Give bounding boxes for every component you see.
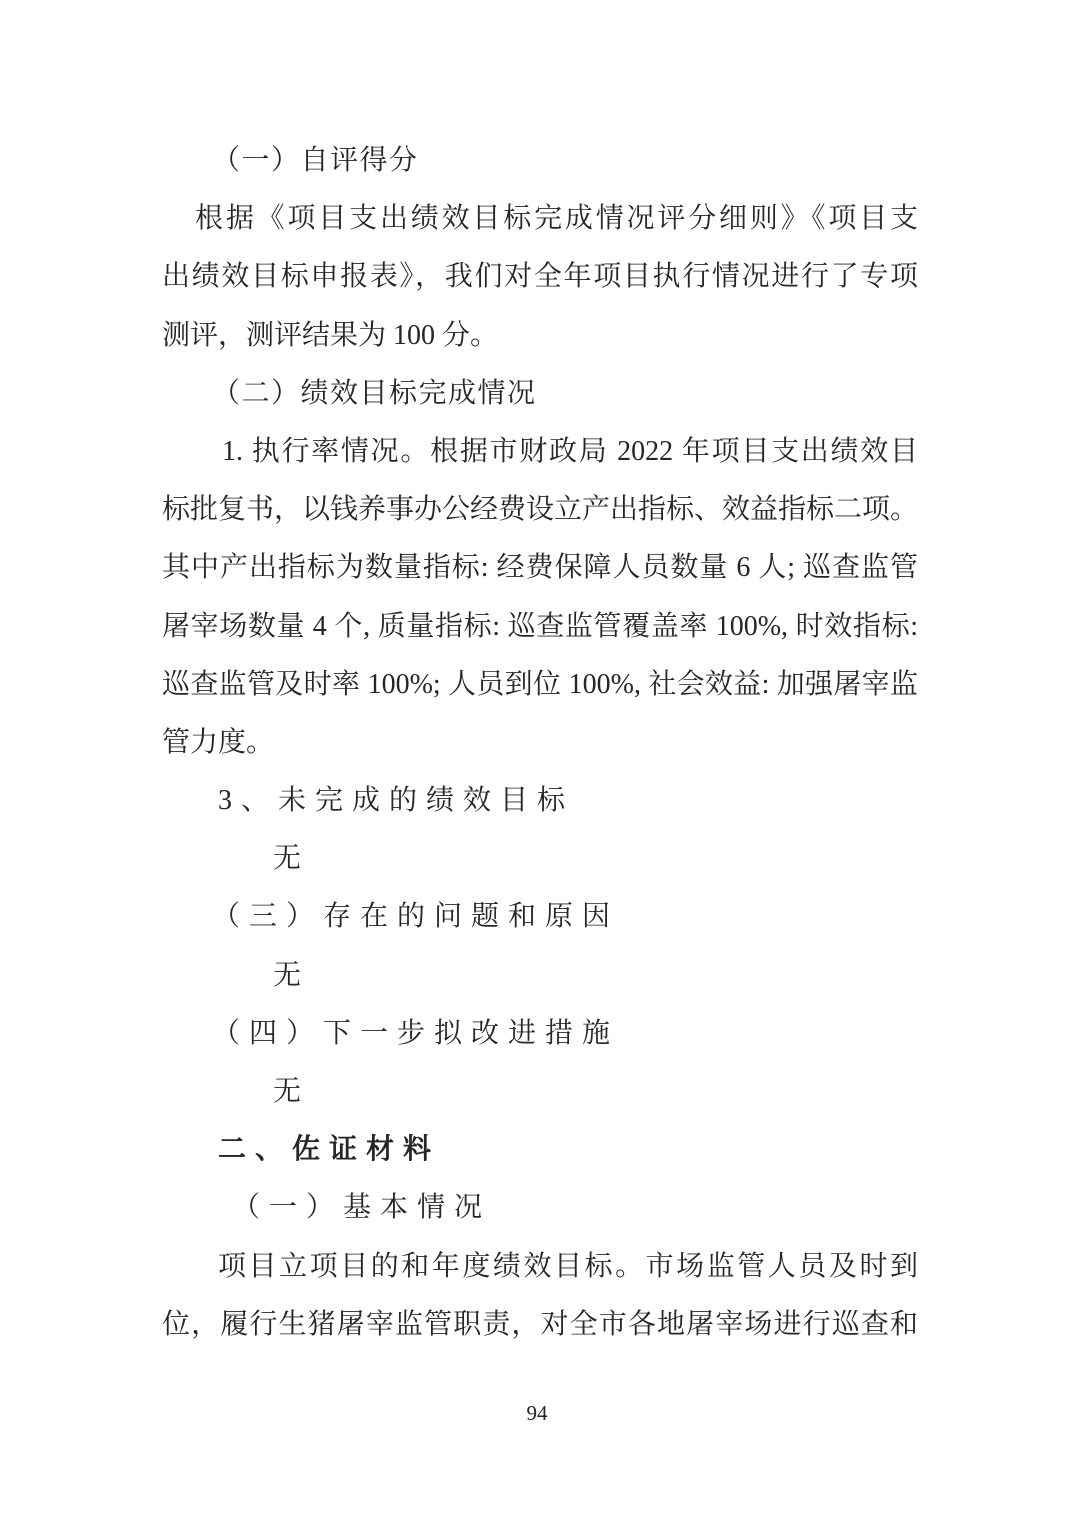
heading-supporting-materials: 二、佐证材料 <box>162 1121 918 1179</box>
body-line: 位，履行生猪屠宰监管职责，对全市各地屠宰场进行巡查和 <box>162 1296 918 1354</box>
body-line: 巡查监管及时率 100%; 人员到位 100%, 社会效益: 加强屠宰监 <box>162 656 918 714</box>
body-line: 出绩效目标申报表》，我们对全年项目执行情况进行了专项 <box>162 248 918 306</box>
body-line: 标批复书，以钱养事办公经费设立产出指标、效益指标二项。 <box>162 481 918 539</box>
body-line: 根据《项目支出绩效目标完成情况评分细则》《项目支 <box>162 190 918 248</box>
heading-problems-and-causes: （三）存在的问题和原因 <box>162 888 918 946</box>
none-value: 无 <box>162 830 918 888</box>
none-value: 无 <box>162 947 918 1005</box>
heading-next-step-measures: （四）下一步拟改进措施 <box>162 1005 918 1063</box>
document-page-body: （一）自评得分 根据《项目支出绩效目标完成情况评分细则》《项目支 出绩效目标申报… <box>162 132 918 1354</box>
body-line: 屠宰场数量 4 个, 质量指标: 巡查监管覆盖率 100%, 时效指标: <box>162 598 918 656</box>
body-line: 项目立项目的和年度绩效目标。市场监管人员及时到 <box>162 1238 918 1296</box>
body-line: 其中产出指标为数量指标: 经费保障人员数量 6 人; 巡查监管 <box>162 539 918 597</box>
heading-target-completion: （二）绩效目标完成情况 <box>162 365 918 423</box>
body-line: 1. 执行率情况。根据市财政局 2022 年项目支出绩效目 <box>162 423 918 481</box>
heading-self-score: （一）自评得分 <box>162 132 918 190</box>
none-value: 无 <box>162 1063 918 1121</box>
heading-basic-situation: （一）基本情况 <box>162 1179 918 1237</box>
body-line: 管力度。 <box>162 714 918 772</box>
body-line: 测评，测评结果为 100 分。 <box>162 307 918 365</box>
heading-unfinished-targets: 3、未完成的绩效目标 <box>162 772 918 830</box>
page-number: 94 <box>0 1398 1074 1428</box>
